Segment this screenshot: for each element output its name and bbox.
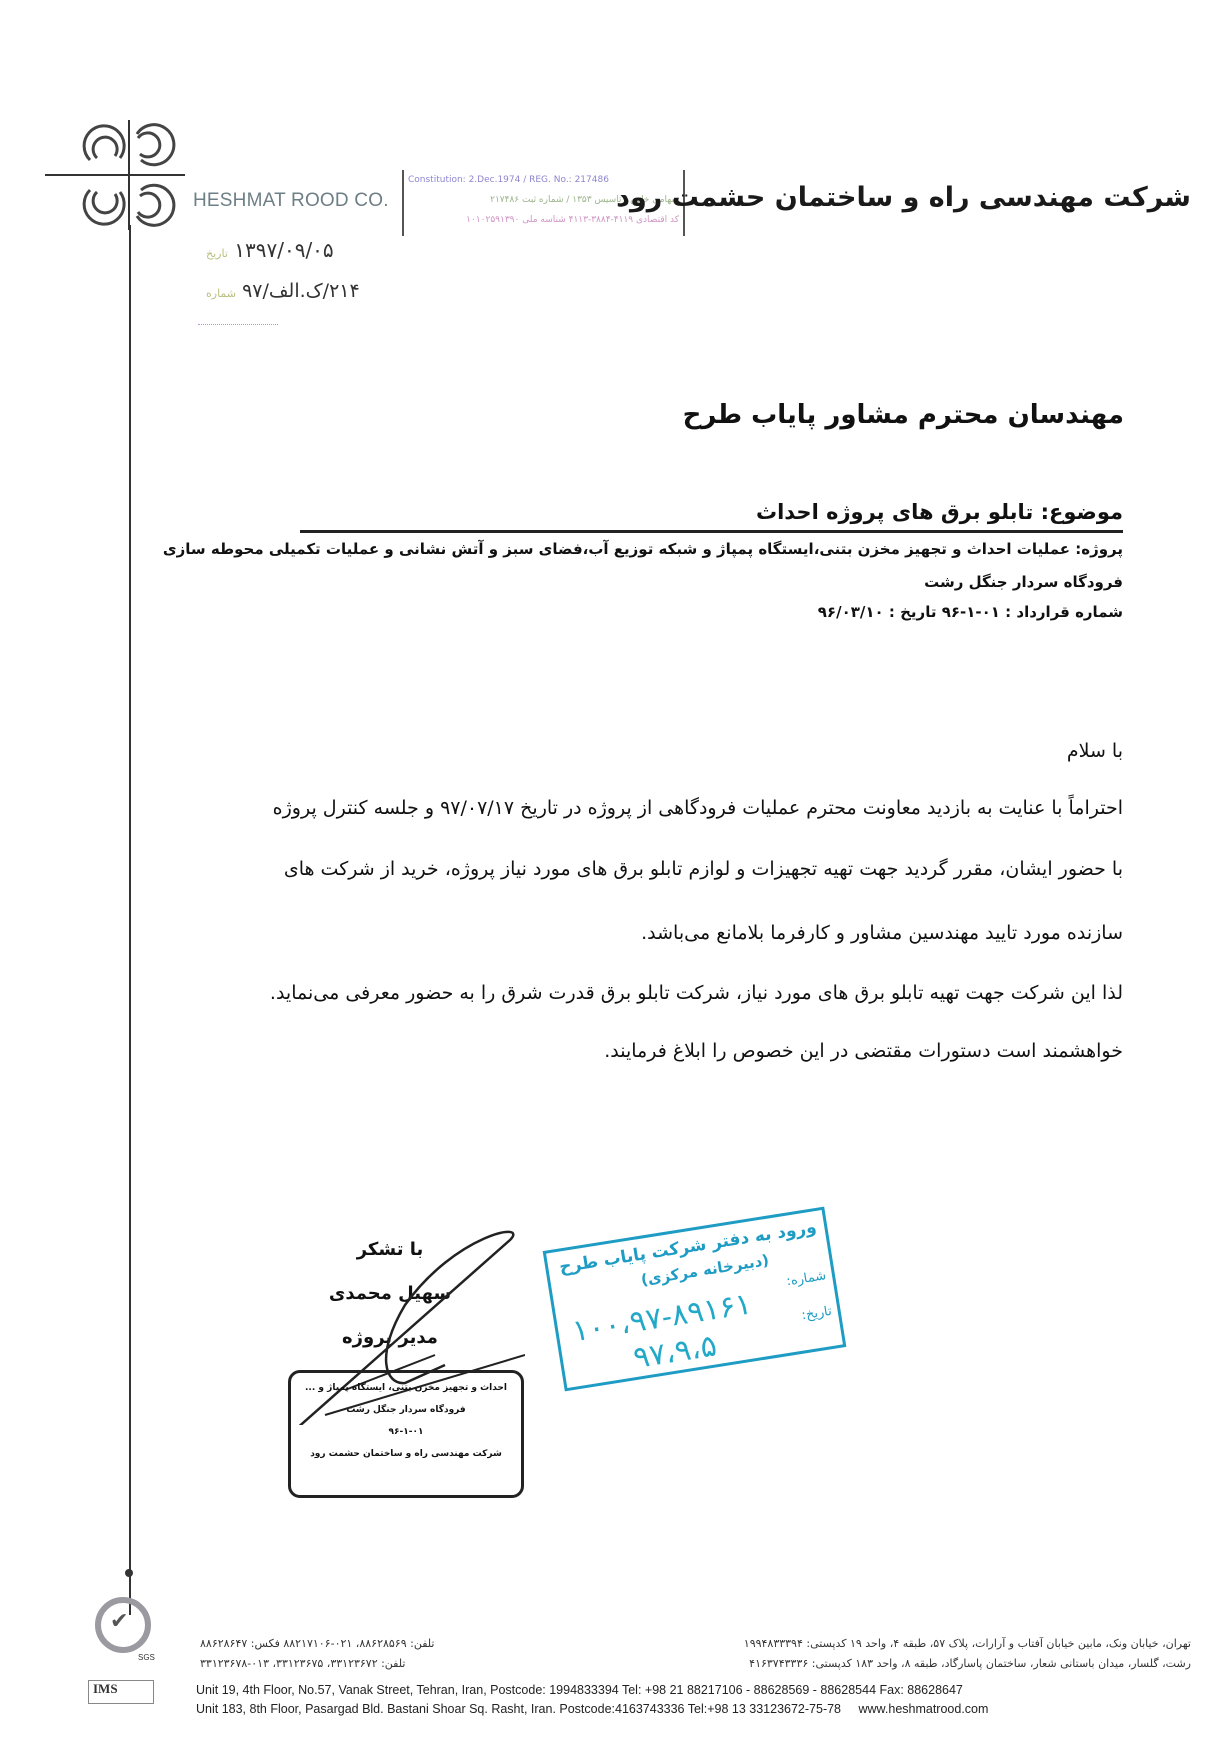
footer-fa-address-rasht: رشت، گلسار، میدان باستانی شعار، ساختمان … [749,1657,1191,1670]
letter-number: ۲۱۴/ک.الف/۹۷ شماره [200,280,360,302]
letter-number-value: ۲۱۴/ک.الف/۹۷ [242,280,360,302]
company-name-fa: شرکت مهندسی راه و ساختمان حشمت رود [616,182,1191,213]
registration-line-3: کد اقتصادی ۴۱۱۹-۳۸۸۴-۴۱۱۳ شناسه ملی ۱۰۱۰… [408,210,679,230]
company-stamp-line-4: شرکت مهندسی راه و ساختمان حشمت رود [291,1443,521,1465]
recipient: مهندسان محترم مشاور پایاب طرح [683,400,1124,430]
footer-fa-phone-rasht: تلفن: ۳۳۱۲۳۶۷۲، ۳۳۱۲۳۶۷۵، ۰۱۳-۳۳۱۲۳۶۷۸ [200,1657,405,1670]
website-link[interactable]: www.heshmatrood.com [859,1702,989,1716]
subject-divider [300,530,1123,533]
margin-rule-end-dot [125,1569,133,1577]
heshmat-rood-logo-icon [45,120,185,230]
letter-date-value: ۱۳۹۷/۰۹/۰۵ [234,238,333,262]
checkmark-icon: ✔ [110,1609,128,1634]
body-line-2: با حضور ایشان، مقرر گردید جهت تهیه تجهیز… [163,858,1123,880]
project-line-2: فرودگاه سردار جنگل رشت [924,573,1123,591]
footer-en-address-rasht: Unit 183, 8th Floor, Pasargad Bld. Basta… [196,1702,988,1716]
company-name-en: HESHMAT ROOD CO. [193,190,389,212]
project-line-1: پروژه: عملیات احداث و تجهیز مخزن بتنی،ای… [163,540,1123,558]
body-line-5: خواهشمند است دستورات مقتضی در این خصوص ر… [163,1040,1123,1062]
sgs-label: SGS [138,1653,155,1662]
company-stamp-line-3: ۹۶-۱-۰۱ [291,1421,521,1443]
contract-line: شماره قرارداد : ۰۱-۱-۹۶ تاریخ : ۹۶/۰۳/۱۰ [818,603,1123,621]
received-stamp-date-label: تاریخ: [801,1304,833,1324]
body-line-3: سازنده مورد تایید مهندسین مشاور و کارفرم… [163,922,1123,944]
body-line-1: احتراماً با عنایت به بازدید معاونت محترم… [163,797,1123,819]
received-stamp: ورود به دفتر شرکت پایاب طرح (دبیرخانه مر… [543,1207,847,1392]
footer-fa-address-tehran: تهران، خیابان ونک، مابین خیابان آفتاب و … [744,1637,1191,1650]
company-stamp-line-1: احداث و تجهیز مخزن بتنی، ایستگاه پمپاژ و… [291,1377,521,1399]
footer-en-address-tehran: Unit 19, 4th Floor, No.57, Vanak Street,… [196,1683,963,1697]
letter-date-label: تاریخ [206,247,228,260]
ims-certification-badge: IMS [88,1680,154,1704]
received-stamp-number-label: شماره: [785,1268,827,1289]
letter-number-label: شماره [206,287,236,300]
company-stamp: احداث و تجهیز مخزن بتنی، ایستگاه پمپاژ و… [288,1370,524,1498]
footer-fa-phone-tehran: تلفن: ۸۸۶۲۸۵۶۹، ۰۲۱-۸۸۲۱۷۱۰۶ فکس: ۸۸۶۲۸۶… [200,1637,434,1650]
body-line-4: لذا این شرکت جهت تهیه تابلو برق های مورد… [163,982,1123,1004]
greeting: با سلام [1067,740,1123,762]
subject: موضوع: تابلو برق های پروژه احداث [756,500,1123,524]
company-stamp-line-2: فرودگاه سردار جنگل رشت [291,1399,521,1421]
footer-en-address-rasht-text: Unit 183, 8th Floor, Pasargad Bld. Basta… [196,1702,841,1716]
letter-date: ۱۳۹۷/۰۹/۰۵ تاریخ [200,238,334,262]
margin-vertical-rule [129,225,131,1615]
attachment-field [198,318,278,325]
